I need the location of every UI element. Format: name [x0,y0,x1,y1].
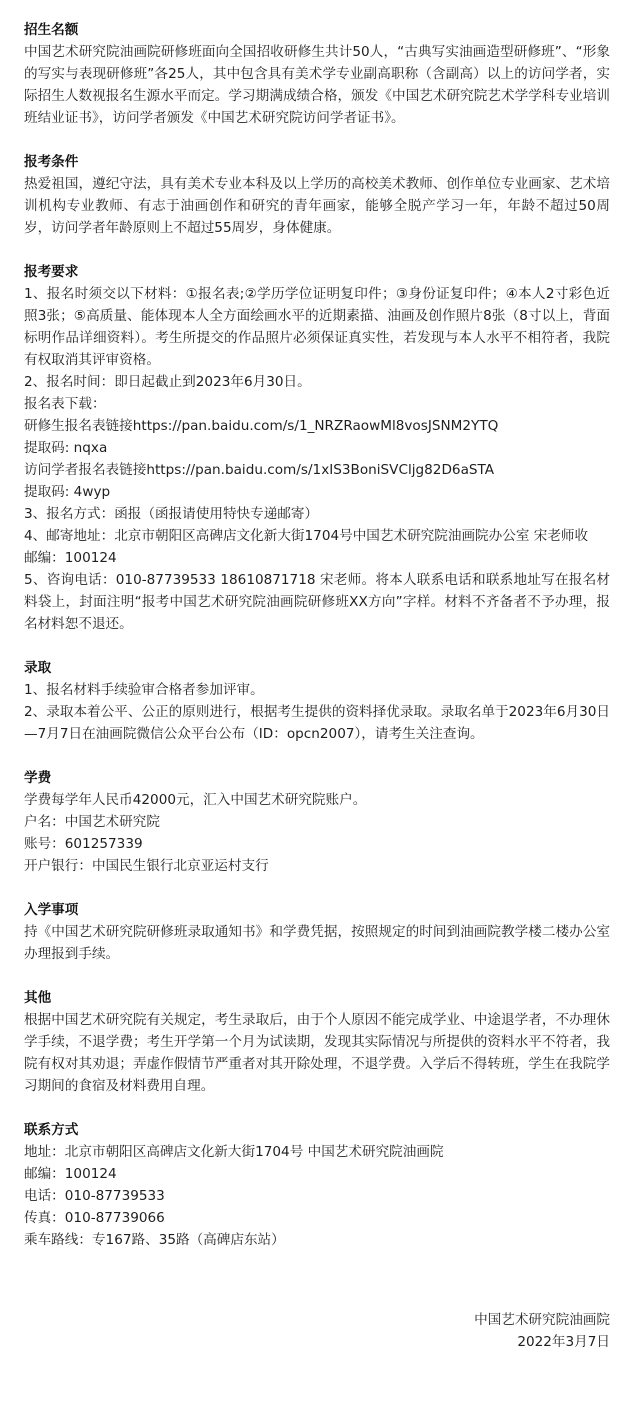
contact-fax: 传真：010-87739066 [24,1207,610,1229]
signature-block: 中国艺术研究院油画院 2022年3月7日 [24,1309,610,1353]
document-page: 招生名额 中国艺术研究院油画院研修班面向全国招收研修生共计50人，“古典写实油画… [0,0,632,1353]
section-title: 报考条件 [24,151,610,173]
student-form-link[interactable]: 研修生报名表链接https://pan.baidu.com/s/1_NRZRao… [24,415,610,437]
form-download-label: 报名表下载： [24,393,610,415]
mailing-address: 4、邮寄地址：北京市朝阳区高碑店文化新大街1704号中国艺术研究院油画院办公室 … [24,525,610,547]
scholar-form-link[interactable]: 访问学者报名表链接https://pan.baidu.com/s/1xIS3Bo… [24,459,610,481]
section-title: 联系方式 [24,1119,610,1141]
section-title: 入学事项 [24,899,610,921]
admission-line: 2、录取本着公平、公正的原则进行，根据考生提供的资料择优录取。录取名单于2023… [24,701,610,745]
signature-date: 2022年3月7日 [24,1331,610,1353]
postal-code: 邮编：100124 [24,547,610,569]
bank-name: 开户银行：中国民生银行北京亚运村支行 [24,855,610,877]
section-body: 根据中国艺术研究院有关规定，考生录取后，由于个人原因不能完成学业、中途退学者，不… [24,1009,610,1097]
account-name: 户名：中国艺术研究院 [24,811,610,833]
requirement-deadline: 2、报名时间：即日起截止到2023年6月30日。 [24,371,610,393]
tuition-amount: 学费每学年人民币42000元，汇入中国艺术研究院账户。 [24,789,610,811]
section-admission: 录取 1、报名材料手续验审合格者参加评审。 2、录取本着公平、公正的原则进行，根… [24,657,610,745]
account-number: 账号：601257339 [24,833,610,855]
section-contact: 联系方式 地址：北京市朝阳区高碑店文化新大街1704号 中国艺术研究院油画院 邮… [24,1119,610,1251]
section-body: 中国艺术研究院油画院研修班面向全国招收研修生共计50人，“古典写实油画造型研修班… [24,41,610,129]
contact-address: 地址：北京市朝阳区高碑店文化新大街1704号 中国艺术研究院油画院 [24,1141,610,1163]
section-title: 招生名额 [24,19,610,41]
requirement-materials: 1、报名时须交以下材料：①报名表;②学历学位证明复印件；③身份证复印件；④本人2… [24,283,610,371]
consultation-phone: 5、咨询电话：010-87739533 18610871718 宋老师。将本人联… [24,569,610,635]
section-title: 报考要求 [24,261,610,283]
contact-phone: 电话：010-87739533 [24,1185,610,1207]
section-enrollment: 入学事项 持《中国艺术研究院研修班录取通知书》和学费凭据，按照规定的时间到油画院… [24,899,610,965]
section-quota: 招生名额 中国艺术研究院油画院研修班面向全国招收研修生共计50人，“古典写实油画… [24,19,610,129]
section-title: 学费 [24,767,610,789]
contact-postal-code: 邮编：100124 [24,1163,610,1185]
admission-line: 1、报名材料手续验审合格者参加评审。 [24,679,610,701]
signature-organization: 中国艺术研究院油画院 [24,1309,610,1331]
section-tuition: 学费 学费每学年人民币42000元，汇入中国艺术研究院账户。 户名：中国艺术研究… [24,767,610,877]
section-body: 热爱祖国，遵纪守法，具有美术专业本科及以上学历的高校美术教师、创作单位专业画家、… [24,173,610,239]
student-form-code: 提取码: nqxa [24,437,610,459]
contact-bus-route: 乘车路线：专167路、35路（高碑店东站） [24,1229,610,1251]
section-eligibility: 报考条件 热爱祖国，遵纪守法，具有美术专业本科及以上学历的高校美术教师、创作单位… [24,151,610,239]
section-title: 录取 [24,657,610,679]
application-method: 3、报名方式：函报（函报请使用特快专递邮寄） [24,503,610,525]
section-title: 其他 [24,987,610,1009]
section-body: 持《中国艺术研究院研修班录取通知书》和学费凭据，按照规定的时间到油画院教学楼二楼… [24,921,610,965]
section-other: 其他 根据中国艺术研究院有关规定，考生录取后，由于个人原因不能完成学业、中途退学… [24,987,610,1097]
section-requirements: 报考要求 1、报名时须交以下材料：①报名表;②学历学位证明复印件；③身份证复印件… [24,261,610,635]
scholar-form-code: 提取码: 4wyp [24,481,610,503]
